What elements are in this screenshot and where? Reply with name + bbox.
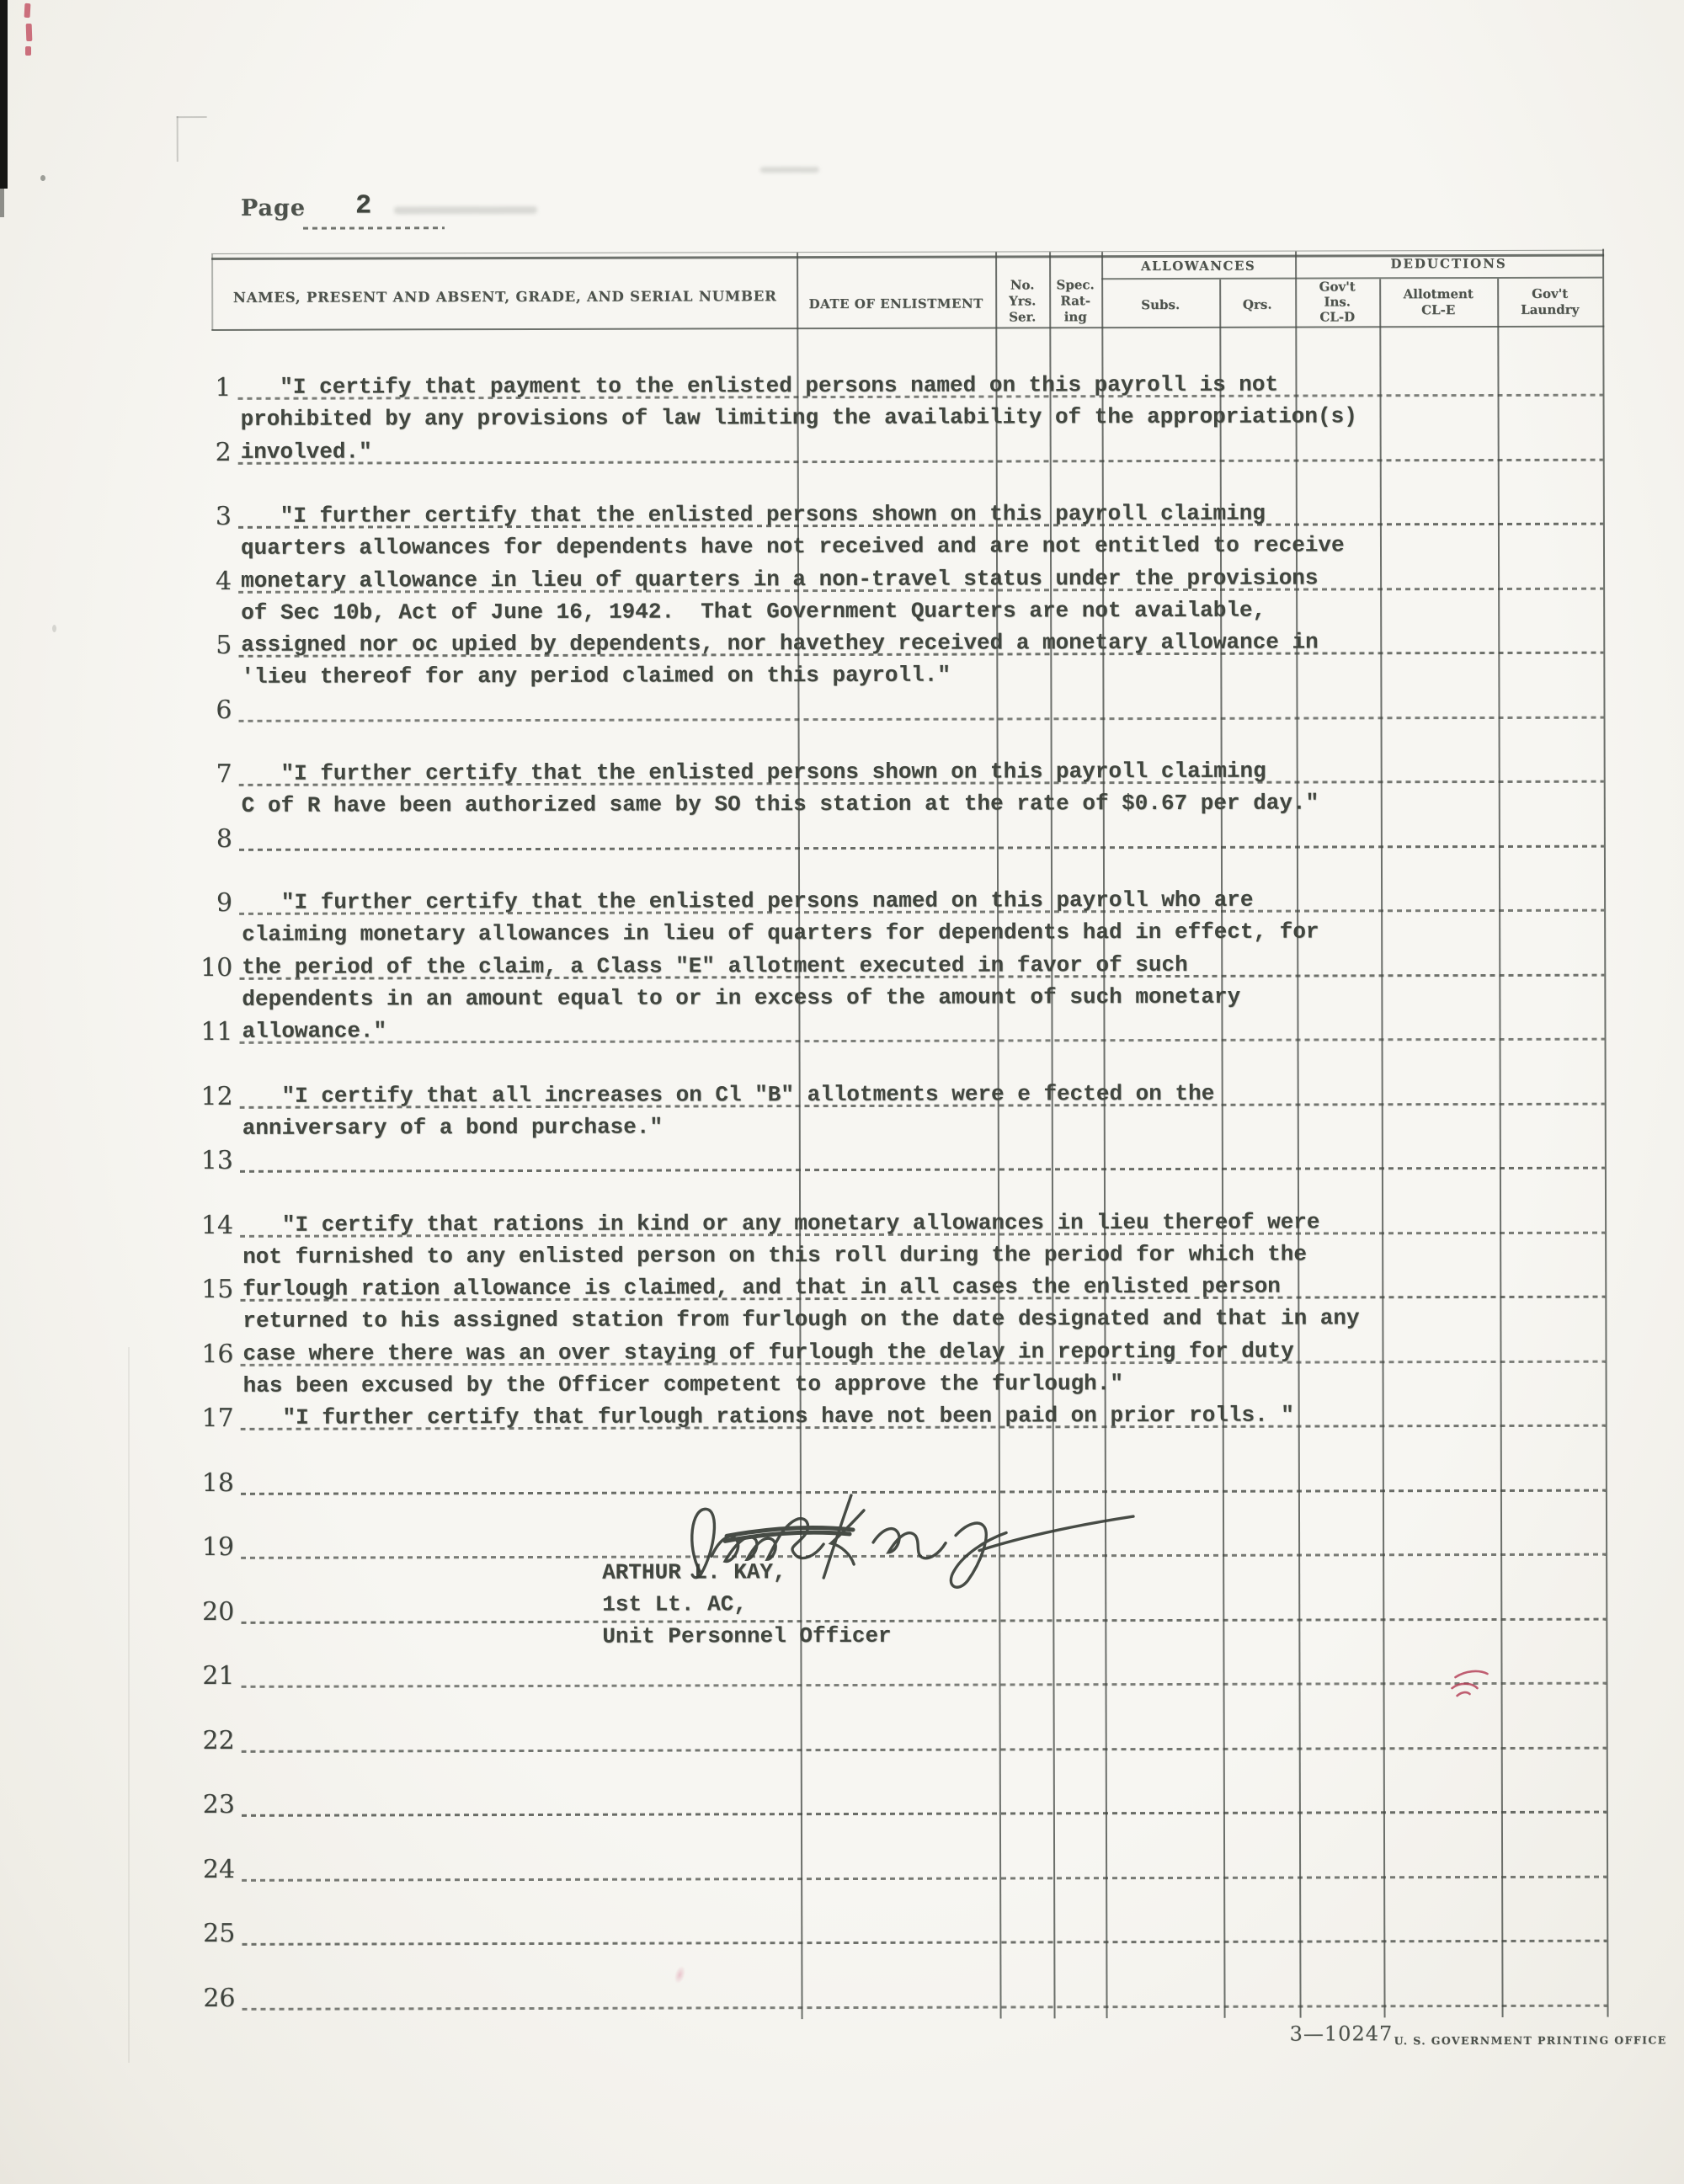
row-rule-6 <box>239 716 1604 722</box>
row-number-11: 11 <box>194 1017 232 1047</box>
page-number-rule <box>303 226 445 229</box>
col-header-date-of-enlistment: DATE OF ENLISTMENT <box>797 296 995 313</box>
certification-paragraph-7: "I further certify that furlough rations… <box>243 1399 1294 1435</box>
row-number-22: 22 <box>196 1725 235 1755</box>
column-rule <box>1602 249 1608 2017</box>
row-rule-21 <box>242 1682 1607 1688</box>
row-rule-20 <box>241 1617 1606 1623</box>
row-number-20: 20 <box>195 1596 234 1626</box>
row-number-17: 17 <box>195 1404 234 1433</box>
signature-typed-title: Unit Personnel Officer <box>602 1620 891 1653</box>
row-number-15: 15 <box>195 1275 233 1304</box>
column-rule <box>1497 279 1503 2017</box>
col-header-govt-ins: Gov't Ins. CL-D <box>1295 279 1379 324</box>
row-number-10: 10 <box>194 952 232 982</box>
column-rules-layer <box>0 0 1681 3</box>
row-rule-23 <box>242 1811 1607 1817</box>
col-header-names: NAMES, PRESENT AND ABSENT, GRADE, AND SE… <box>213 288 797 306</box>
page-number: 2 <box>355 189 371 221</box>
column-rule <box>1379 279 1385 2017</box>
row-number-26: 26 <box>196 1983 235 2012</box>
row-number-19: 19 <box>195 1532 234 1562</box>
row-number-14: 14 <box>195 1210 233 1239</box>
smudge <box>394 206 537 214</box>
smudge <box>760 167 819 173</box>
group-header-allowances: ALLOWANCES <box>1101 258 1295 275</box>
row-number-7: 7 <box>194 759 232 789</box>
row-number-1: 1 <box>192 373 231 402</box>
table-top-rule <box>211 250 1604 254</box>
pencil-mark <box>177 116 207 118</box>
allowances-group-rule <box>1101 278 1295 280</box>
row-rule-22 <box>242 1746 1607 1752</box>
certification-paragraph-2: "I further certify that the enlisted per… <box>241 497 1345 693</box>
row-number-9: 9 <box>194 888 232 918</box>
col-header-spec-rating: Spec. Rat- ing <box>1049 277 1101 325</box>
row-rule-24 <box>242 1875 1607 1881</box>
pink-speck <box>672 1964 687 1985</box>
col-header-allotment: Allotment CL-E <box>1379 286 1497 318</box>
ruled-rows-layer: 1234567891011121314151617181920212223242… <box>0 0 1681 3</box>
row-number-24: 24 <box>196 1854 235 1883</box>
row-number-5: 5 <box>193 631 232 660</box>
form: Page 2 NAMES, PRESENT AND ABSENT, GRADE,… <box>0 0 1684 2184</box>
certification-paragraph-4: "I further certify that the enlisted per… <box>242 884 1319 1048</box>
row-rule-25 <box>242 1940 1607 1946</box>
row-number-13: 13 <box>195 1146 233 1175</box>
row-number-3: 3 <box>193 502 232 531</box>
footer-printing-office: U. S. GOVERNMENT PRINTING OFFICE <box>1394 2032 1613 2049</box>
group-header-deductions: DEDUCTIONS <box>1295 256 1602 273</box>
row-number-4: 4 <box>193 566 232 595</box>
row-number-2: 2 <box>193 437 232 466</box>
row-rule-8 <box>239 844 1604 850</box>
row-rule-13 <box>240 1167 1605 1173</box>
row-number-6: 6 <box>193 695 232 724</box>
row-number-12: 12 <box>195 1081 233 1111</box>
col-header-govt-laundry: Gov't Laundry <box>1497 286 1602 318</box>
footer-form-number: 3—10247 <box>1290 2026 1399 2042</box>
scanned-payroll-page: Page 2 NAMES, PRESENT AND ABSENT, GRADE,… <box>0 0 1684 2184</box>
pencil-mark <box>177 116 179 162</box>
certification-paragraph-3: "I further certify that the enlisted per… <box>242 755 1319 823</box>
col-header-qrs: Qrs. <box>1219 297 1295 313</box>
row-number-18: 18 <box>195 1468 234 1497</box>
page-label: Page <box>241 200 317 216</box>
row-rule-26 <box>242 2004 1607 2010</box>
col-header-no-yrs-ser: No. Yrs. Ser. <box>995 277 1049 325</box>
typed-text-layer: "I certify that payment to the enlisted … <box>0 0 1681 3</box>
certification-paragraph-1: "I certify that payment to the enlisted … <box>240 368 1357 467</box>
row-number-23: 23 <box>196 1790 235 1819</box>
row-number-21: 21 <box>195 1661 234 1691</box>
signature-script <box>671 1483 1143 1597</box>
certification-paragraph-6: "I certify that rations in kind or any m… <box>242 1206 1360 1402</box>
row-number-25: 25 <box>196 1919 235 1948</box>
row-number-8: 8 <box>194 823 232 853</box>
certification-paragraph-5: "I certify that all increases on Cl "B" … <box>242 1077 1215 1144</box>
header-bottom-rule <box>211 326 1604 331</box>
col-header-subs: Subs. <box>1101 297 1219 313</box>
red-scribble <box>1443 1665 1502 1703</box>
row-number-16: 16 <box>195 1339 233 1368</box>
